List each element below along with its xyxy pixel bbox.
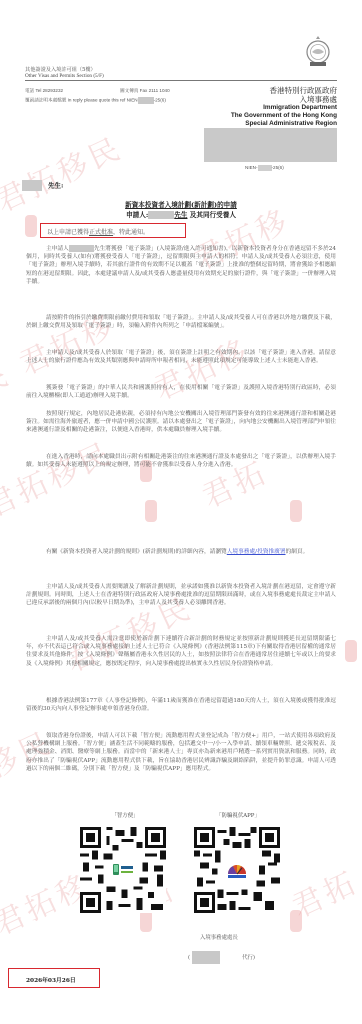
watermark-seal: [140, 910, 152, 932]
reference-line: 覆函請註明本處檔號 In reply please quote this ref…: [25, 97, 166, 104]
paragraph-prc-passport: 獲簽發「電子簽證」的中華人民共和國護照持有人，在使用相關「電子簽證」及護照入境香…: [26, 384, 336, 400]
redacted-name: [192, 951, 220, 964]
iam-smart-logo-icon: [111, 860, 135, 880]
letter-title: 新資本投資者入境計劃(新計劃)的申請: [0, 199, 362, 209]
qr-label-iam-smart: 「智方便」: [82, 811, 168, 819]
paragraph-arrival: 在進入香港時，請向本處職員出示附有相關赴港簽注的往來港澳通行證及本處發出之「電子…: [26, 453, 336, 469]
telephone: 電話 Tel 28293232: [25, 88, 63, 94]
hksar-emblem-icon: [304, 35, 332, 69]
header-divider: [25, 80, 337, 81]
approval-letter: 君拓移民 君拓移 民 君拓移 君拓移 君拓移民 君拓 君拓移民 移民 君拓移 拓…: [0, 0, 362, 1024]
paragraph-undertaking: 主申請人及/或其受養人需要閱讀及了解新計劃規則，並承諾如獲准以新資本投資者入境計…: [26, 583, 336, 608]
section-name-en: Other Visas and Permits Section (5/F): [25, 73, 104, 79]
reference-suffix: -25(6): [154, 98, 166, 103]
scameter-logo-icon: [225, 860, 249, 880]
redacted-block: [258, 165, 272, 171]
qr-code-scameter[interactable]: [194, 827, 280, 913]
file-reference: NIEN--25(6): [245, 165, 284, 171]
reference-label: 覆函請註明本處檔號 In reply please quote this ref…: [25, 98, 138, 103]
dept-name-zh-1: 香港特別行政區政府: [231, 86, 337, 95]
watermark-seal: [145, 500, 157, 522]
watermark: 君拓移民: [0, 428, 119, 525]
redacted-block: [138, 97, 154, 104]
letter-subtitle: 申請人:先生 及其同行受養人: [0, 209, 362, 219]
paragraph-mainland-residents: 按照現行規定，內地居民赴港依親，必須持有內地公安機關出入境管理部門簽發有效的往來…: [26, 410, 336, 435]
dept-name-en-1: Immigration Department: [231, 104, 337, 112]
watermark: 君拓: [284, 858, 362, 927]
paragraph-hkid: 根據香港法例第177章《人事登記條例》，年滿11歲而獲准在香港逗留超過180天的…: [26, 697, 336, 713]
dept-name-zh-2: 入境事務處: [231, 95, 337, 104]
qr-label-scameter: 「防騙視伏APP」: [195, 811, 281, 819]
qr-code-iam-smart[interactable]: [80, 827, 166, 913]
paragraph-rules: 有關《新資本投資者入境計劃的規則》(新計劃規則)的詳細內容，請瀏覽人境事務處/投…: [26, 548, 336, 556]
paragraph-apps: 領取香港身份證後，申請人可以下載「智方便」流動應用程式並登記成為「智方便+」用戶…: [26, 732, 336, 773]
signatory-title: 入境事務處處長: [200, 933, 238, 941]
watermark-seal: [345, 640, 357, 662]
redacted-name: [148, 211, 174, 219]
redacted-address: [204, 128, 337, 162]
paragraph-evisa: 主申請人先生將獲發「電子簽證」(入境簽證/進入許可通知書)，以新資本投資者身分在…: [26, 245, 336, 286]
letter-date: 2026年03月26日: [26, 975, 76, 984]
paragraph-entry: 主申請人及/或其受養人於領取「電子簽證」後，須在簽證上註明之有效期內，以該「電子…: [26, 349, 336, 365]
section-name-zh: 其他簽證及入境許可組（5樓）: [25, 66, 96, 73]
watermark-seal: [290, 500, 302, 522]
immd-investhk-link[interactable]: 人境事務處/投資推廣署: [227, 549, 286, 555]
dept-name-en-2: The Government of the Hong Kong: [231, 112, 337, 120]
paragraph-permanent-residence: 主申請人及/或其受養人需注意即使於新計劃下連續符合新計劃的財務規定並按照新計劃規…: [26, 635, 336, 668]
department-block: 香港特別行政區政府 入境事務處 Immigration Department T…: [231, 86, 337, 128]
dept-name-en-3: Special Administrative Region: [231, 120, 337, 128]
fax: 圖文傳真 Fax 2111 1040: [120, 88, 170, 94]
watermark-seal: [290, 910, 302, 932]
acting-signatory: (代行): [188, 951, 255, 964]
paragraph-fees: 請按附件的指引於繳費期限前繳付費用和領取「電子簽證」。主申請人及/或其受養人可在…: [26, 314, 336, 330]
redacted-name: [22, 180, 42, 191]
approval-notice: 以上申請已獲得正式批准，特此通知。: [47, 227, 149, 236]
redacted-name: [69, 245, 94, 252]
salutation: 先生:: [22, 180, 63, 191]
